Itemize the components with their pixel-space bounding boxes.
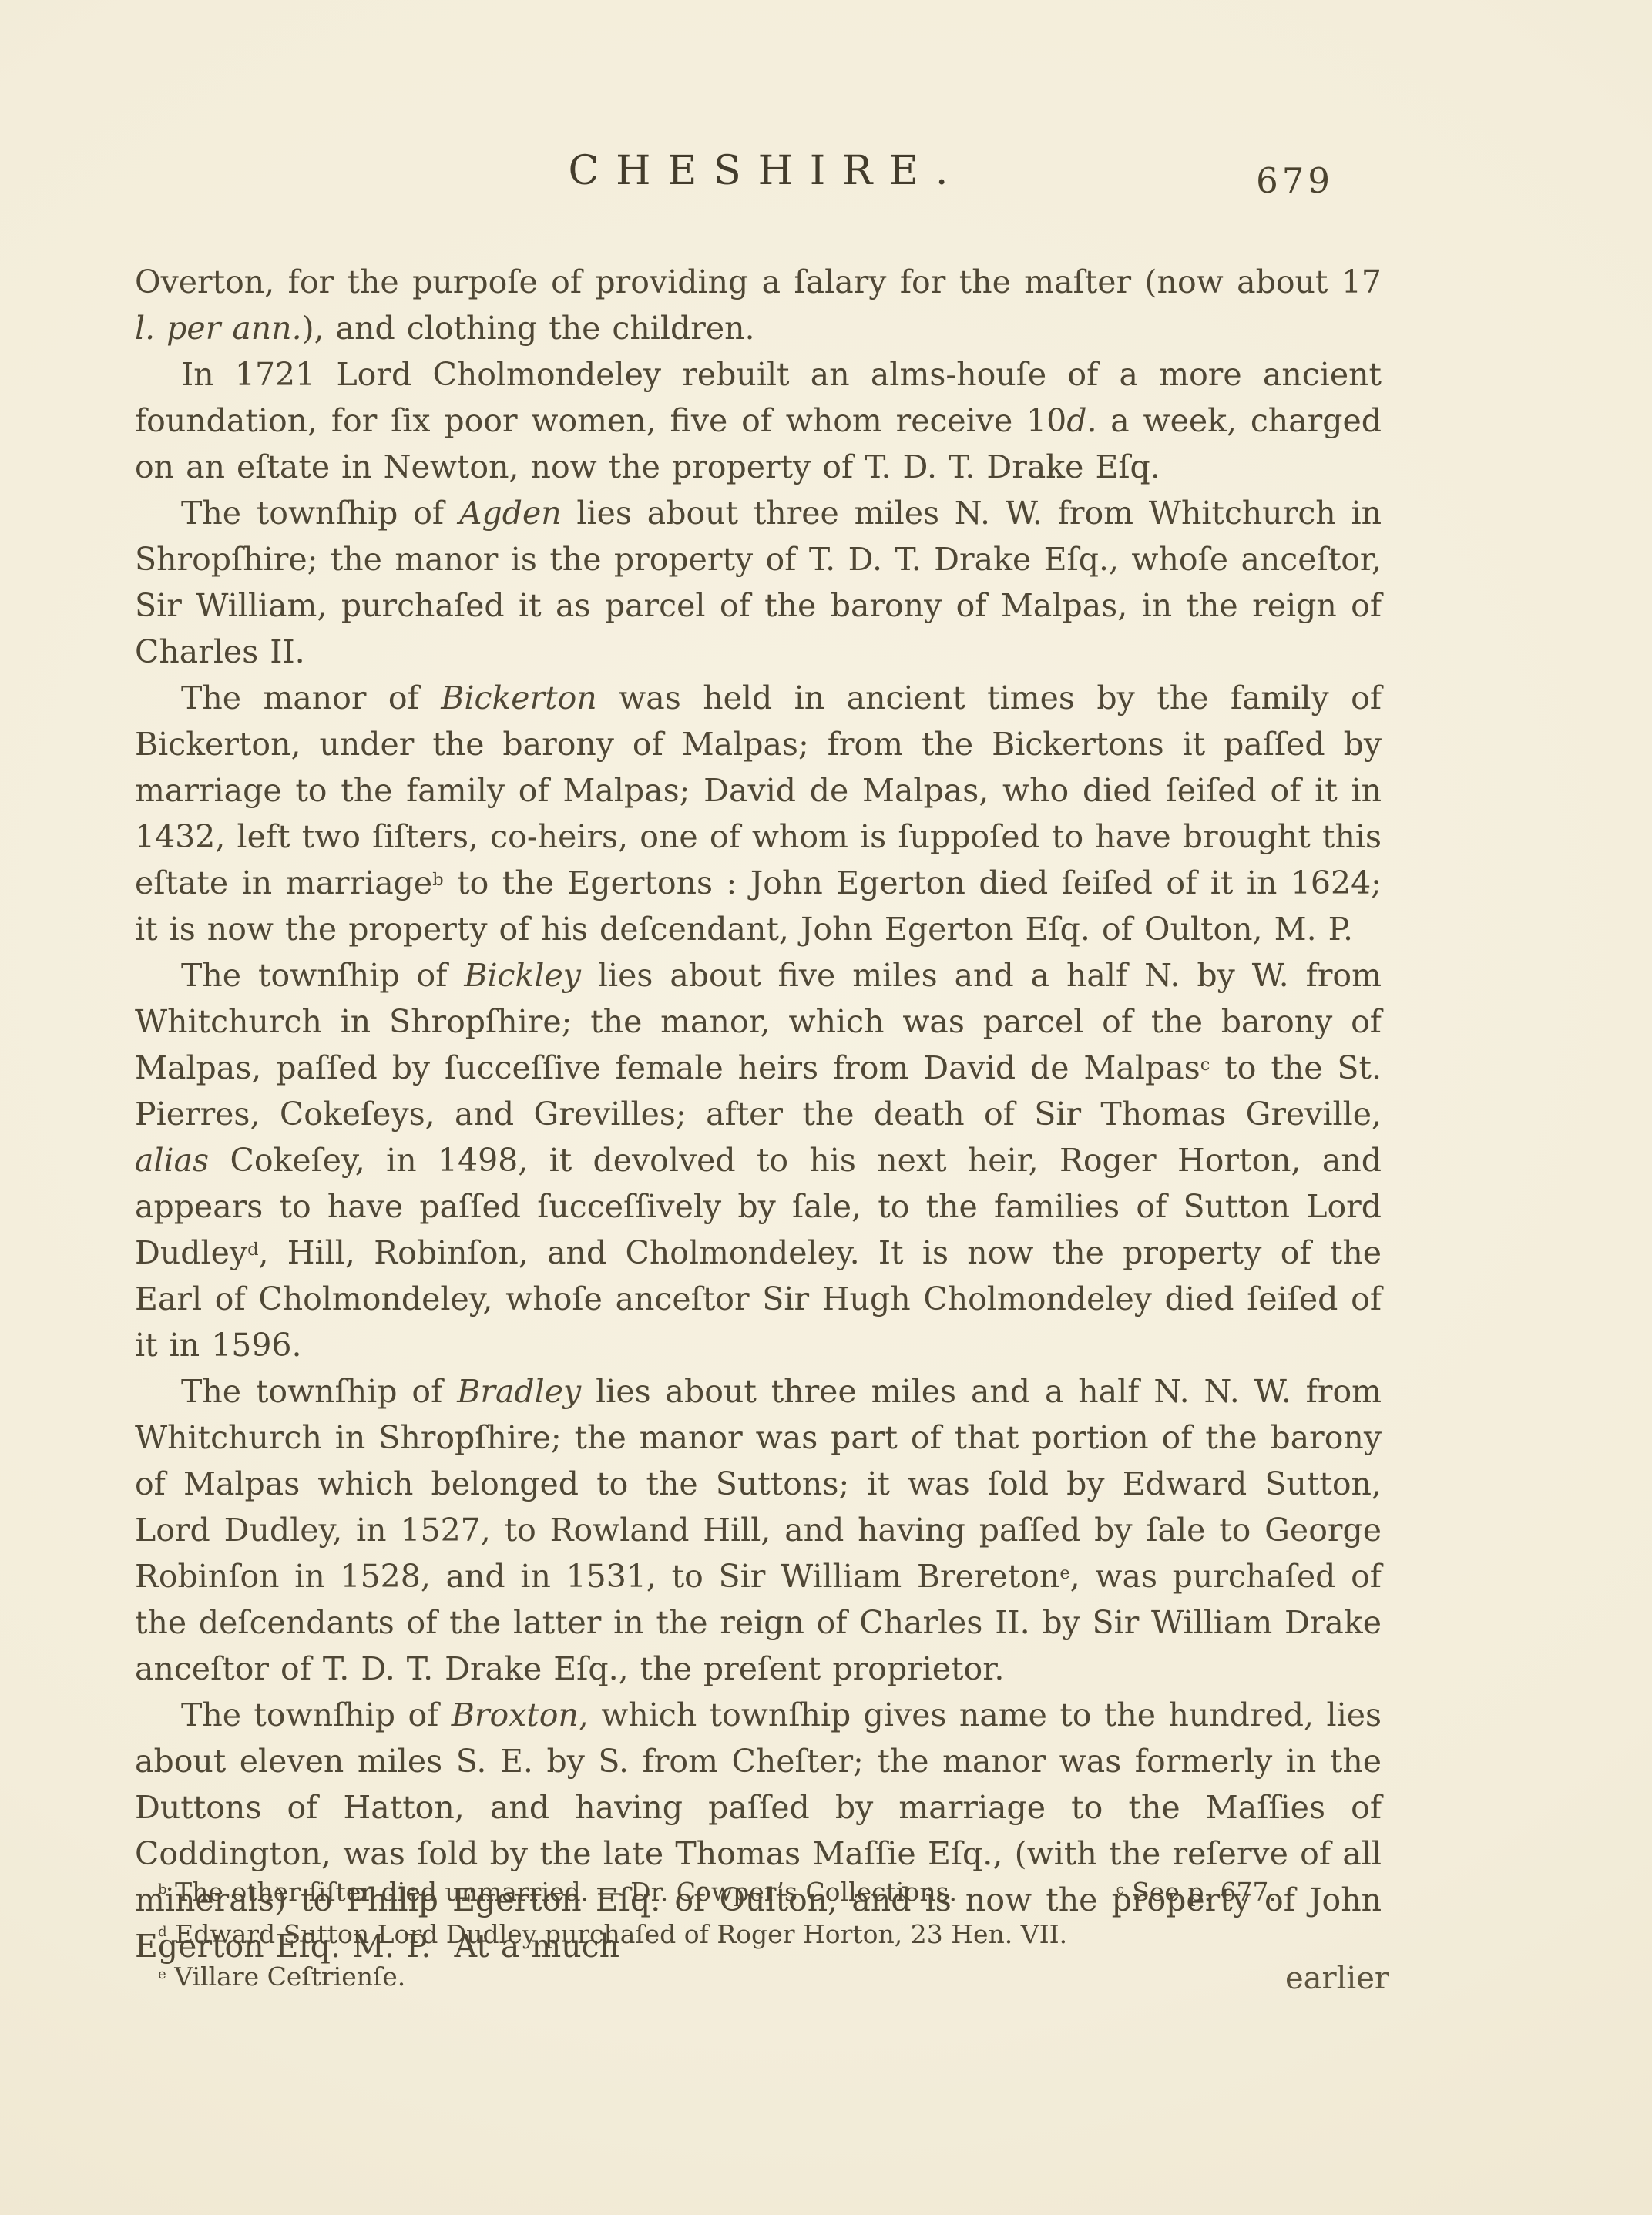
text-run: The townſhip of <box>181 495 459 532</box>
text-run: The other ſiſter died unmarried. — Dr. C… <box>167 1877 957 1907</box>
text-run: The townſhip of <box>181 957 464 994</box>
text-run: Bickerton <box>441 680 596 717</box>
page-number: 679 <box>1256 160 1334 201</box>
footnote-marker: d <box>247 1240 258 1260</box>
footnote-marker: e <box>158 1966 166 1982</box>
catchword: earlier <box>1285 1961 1389 1996</box>
text-run: Overton, for the purpoſe of providing a … <box>135 263 1382 300</box>
text-run: Broxton <box>452 1696 579 1733</box>
paragraph: The townſhip of Agden lies about three m… <box>135 490 1382 675</box>
paragraph: The townſhip of Bickley lies about five … <box>135 952 1382 1368</box>
footnote-marker: b <box>158 1881 167 1898</box>
text-block: CHESHIRE. 679 Overton, for the purpoſe o… <box>135 145 1382 1969</box>
text-run: l. per ann. <box>135 310 302 347</box>
footnote-marker: e <box>1059 1563 1069 1583</box>
text-run: The townſhip of <box>181 1373 457 1410</box>
footnotes: b The other ſiſter died unmarried. — Dr.… <box>158 1871 1277 1998</box>
footnote-line: e Villare Ceſtrienſe. <box>158 1955 1277 1998</box>
text-run: alias <box>135 1142 209 1179</box>
text-run: Bickley <box>464 957 581 994</box>
text-run: Villare Ceſtrienſe. <box>166 1962 405 1992</box>
book-page: CHESHIRE. 679 Overton, for the purpoſe o… <box>0 0 1652 2215</box>
text-run: Bradley <box>457 1373 581 1410</box>
text-run: , Hill, Robinſon, and Cholmondeley. It i… <box>135 1234 1382 1364</box>
paragraph: Overton, for the purpoſe of providing a … <box>135 259 1382 351</box>
footnote-marker: c <box>1116 1881 1124 1898</box>
text-run: ), and clothing the children. <box>302 310 755 347</box>
text-run: See p. 677. <box>1124 1877 1277 1907</box>
page-header: CHESHIRE. 679 <box>135 145 1382 231</box>
text-run: The townſhip of <box>181 1696 452 1733</box>
footnote-text: d Edward Sutton Lord Dudley purchaſed of… <box>158 1913 1067 1955</box>
paragraph: The townſhip of Bradley lies about three… <box>135 1368 1382 1692</box>
footnote-marker: b <box>432 870 443 890</box>
page-title: CHESHIRE. <box>135 145 1382 194</box>
footnote-text: c See p. 677. <box>1116 1871 1277 1913</box>
text-run: The manor of <box>181 680 441 717</box>
paragraph: The manor of Bickerton was held in ancie… <box>135 675 1382 952</box>
footnote-marker: c <box>1200 1055 1210 1075</box>
footnote-text: b The other ſiſter died unmarried. — Dr.… <box>158 1871 957 1913</box>
footnote-line: b The other ſiſter died unmarried. — Dr.… <box>158 1871 1277 1913</box>
text-run: d. <box>1066 402 1096 439</box>
footnote-line: d Edward Sutton Lord Dudley purchaſed of… <box>158 1913 1277 1955</box>
body-text: Overton, for the purpoſe of providing a … <box>135 259 1382 1969</box>
footnote-marker: d <box>158 1924 167 1940</box>
text-run: Agden <box>459 495 562 532</box>
footnote-text: e Villare Ceſtrienſe. <box>158 1955 405 1998</box>
text-run: Edward Sutton Lord Dudley purchaſed of R… <box>167 1919 1068 1949</box>
paragraph: In 1721 Lord Cholmondeley rebuilt an alm… <box>135 351 1382 490</box>
